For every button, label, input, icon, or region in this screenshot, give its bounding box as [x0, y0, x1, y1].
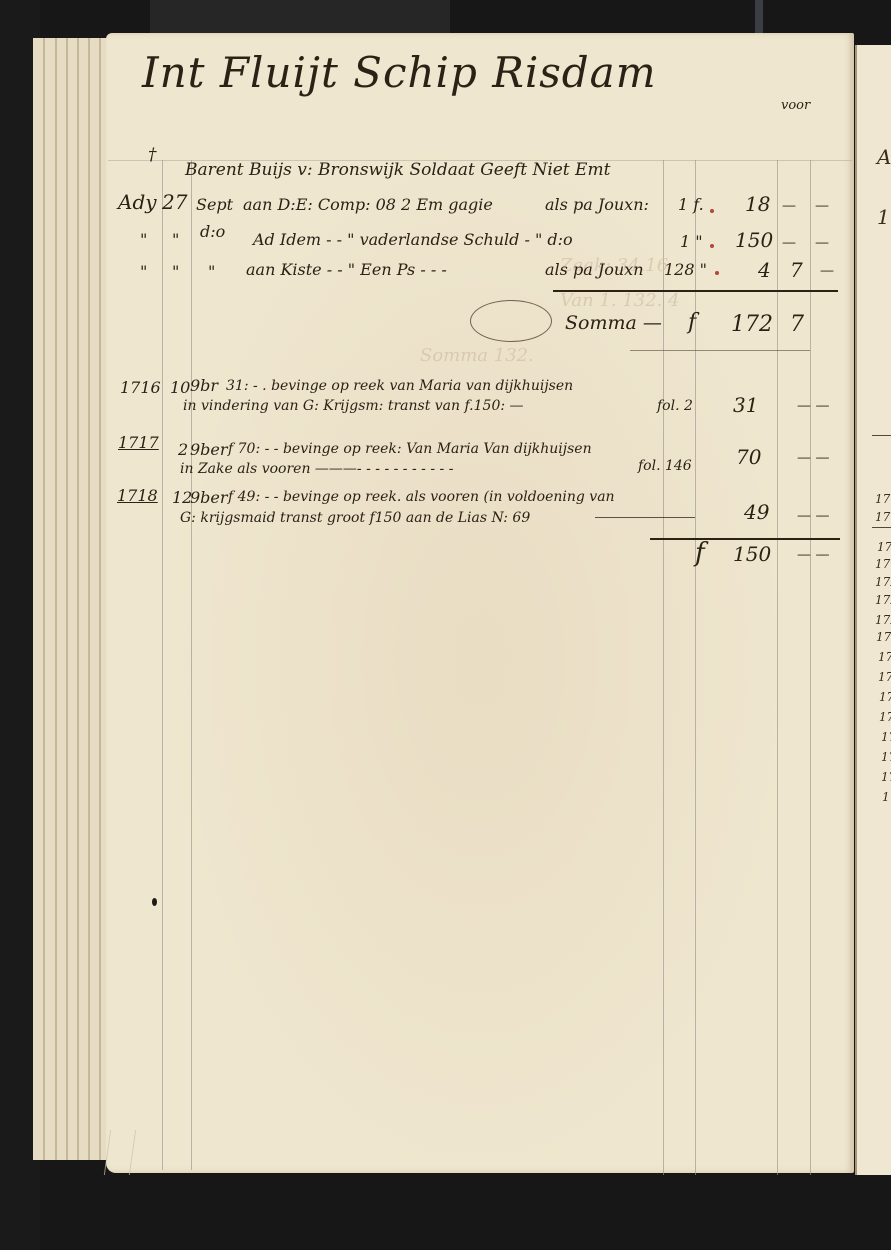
entry-day: 27 [162, 190, 187, 214]
entry-amount-guilders: 4 [758, 258, 771, 282]
summa-rule [553, 290, 838, 292]
entry-amount-stuivers: — [782, 198, 796, 214]
red-check-dot [710, 209, 714, 213]
ink-blot [152, 898, 157, 906]
entry-amount-penning: — [815, 198, 829, 214]
entry-year: 1718 [117, 486, 158, 505]
entry-amount-stuivers: 7 [790, 258, 803, 282]
entry-year: 1717 [118, 433, 159, 452]
entry-amount-guilders: 150 [735, 228, 773, 252]
entry-line1: f 70: - - bevinge op reek: Van Maria Van… [228, 441, 592, 457]
entry-amount-penning: — [820, 263, 834, 279]
column-rule-stuivers [810, 160, 811, 1175]
next-page-year: 17 [881, 770, 891, 784]
flourish-decoration [470, 300, 552, 342]
next-page-year: 172 [875, 575, 891, 589]
entry-tail: — — [797, 450, 829, 466]
column-rule-folio [663, 160, 664, 1175]
next-page-year: 172 [876, 630, 891, 644]
entry-amount-penning: — [815, 235, 829, 251]
next-page-fragment: 17 [875, 510, 890, 524]
page-edges-stack [33, 38, 113, 1160]
next-page-year: 171 [875, 557, 891, 571]
entry-day: " [172, 230, 179, 249]
next-page-year: 172 [875, 593, 891, 607]
next-page-year: 17 [878, 650, 891, 664]
entry-amount-stuivers: — [782, 235, 796, 251]
next-page-year: 17 [881, 750, 891, 764]
entry-day: 2 [178, 440, 188, 459]
entry-line1: 31: - . bevinge op reek van Maria van di… [226, 378, 573, 394]
entry-amount-guilders: 18 [745, 192, 770, 216]
next-page-fragment: 17 [877, 205, 891, 229]
entry-year: 1716 [120, 378, 161, 397]
entry-month: Sept [196, 195, 233, 214]
page-title: Int Fluijt Schip Risdam [142, 48, 657, 97]
bleed-through: Van 1. 132. 4 [560, 290, 680, 311]
column-rule-guilders [777, 160, 778, 1175]
entry-year: Ady [118, 190, 157, 214]
entry-folio: fol. 146 [638, 458, 692, 474]
entry-guilders-marker: 128 " [664, 260, 707, 279]
entry-month: d:o [200, 222, 225, 241]
red-check-dot [715, 271, 719, 275]
entry-line2: in vindering van G: Krijgsm: transt van … [183, 398, 524, 414]
next-page-year: 17 [879, 690, 891, 704]
entry-day: " [172, 262, 179, 281]
entry-guilders-marker: 1 f. [678, 195, 704, 214]
next-page-sliver: Ad 17 171 17 17 171 172 172 172 172 17 1… [855, 45, 891, 1175]
next-page-year: 17 [881, 730, 891, 744]
credit-total-tail: — — [797, 547, 829, 563]
column-rule-month [191, 160, 192, 1170]
summa-label: Somma — [565, 312, 662, 334]
dash-rule [595, 517, 695, 518]
entry-amount: 49 [744, 500, 769, 524]
entry-line2: G: krijgsmaid transt groot f150 aan de L… [180, 510, 530, 526]
red-check-dot [710, 244, 714, 248]
entry-year: " [140, 262, 147, 281]
bleed-through: Somma 132. [420, 345, 534, 366]
next-page-year: 172 [875, 613, 891, 627]
credit-total-currency: f [695, 538, 705, 568]
next-page-year: 17 [878, 670, 891, 684]
next-page-fragment: Ad [877, 145, 891, 169]
entry-text: aan Kiste - - " Een Ps - - - [246, 260, 447, 279]
entry-month: 9ber [190, 440, 228, 459]
account-holder: Barent Buijs v: Bronswijk Soldaat Geeft … [185, 160, 610, 180]
entry-tail: — — [797, 398, 829, 414]
next-page-year: 17 [877, 540, 891, 554]
entry-month: 9br [190, 376, 218, 395]
next-page-fragment: 171 [875, 492, 891, 506]
account-marker: † [148, 145, 157, 165]
entry-folio: fol. 2 [657, 398, 693, 414]
next-page-year: 17 [882, 790, 891, 804]
entry-day: 10 [170, 378, 190, 397]
summa-amount-stuivers: 7 [790, 312, 804, 337]
credit-total-amount: 150 [733, 542, 771, 566]
entry-tail: — — [797, 508, 829, 524]
next-page-year: 17 [879, 710, 891, 724]
page-title-suffix: voor [781, 98, 810, 113]
entry-amount: 31 [733, 393, 758, 417]
entry-line2: in Zake als vooren ———- - - - - - - - - … [180, 461, 453, 477]
entry-month: 9ber [190, 488, 228, 507]
summa-currency: f [688, 310, 696, 335]
column-rule-date [162, 160, 163, 1170]
entry-amount: 70 [736, 445, 761, 469]
background-top [150, 0, 450, 36]
entry-guilders-marker: 1 " [680, 232, 703, 251]
entry-line1: f 49: - - bevinge op reek. als vooren (i… [228, 489, 615, 505]
entry-text: Ad Idem - - " vaderlandse Schuld - " d:o [253, 230, 573, 249]
entry-year: " [140, 230, 147, 249]
entry-rate: als pa Jouxn [545, 260, 644, 279]
summa-underline [630, 350, 810, 351]
entry-month: " [208, 262, 215, 281]
entry-text: aan D:E: Comp: 08 2 Em gagie [243, 195, 493, 214]
entry-rate: als pa Jouxn: [545, 195, 649, 214]
credit-total-rule [650, 538, 840, 540]
summa-amount-guilders: 172 [731, 312, 773, 337]
